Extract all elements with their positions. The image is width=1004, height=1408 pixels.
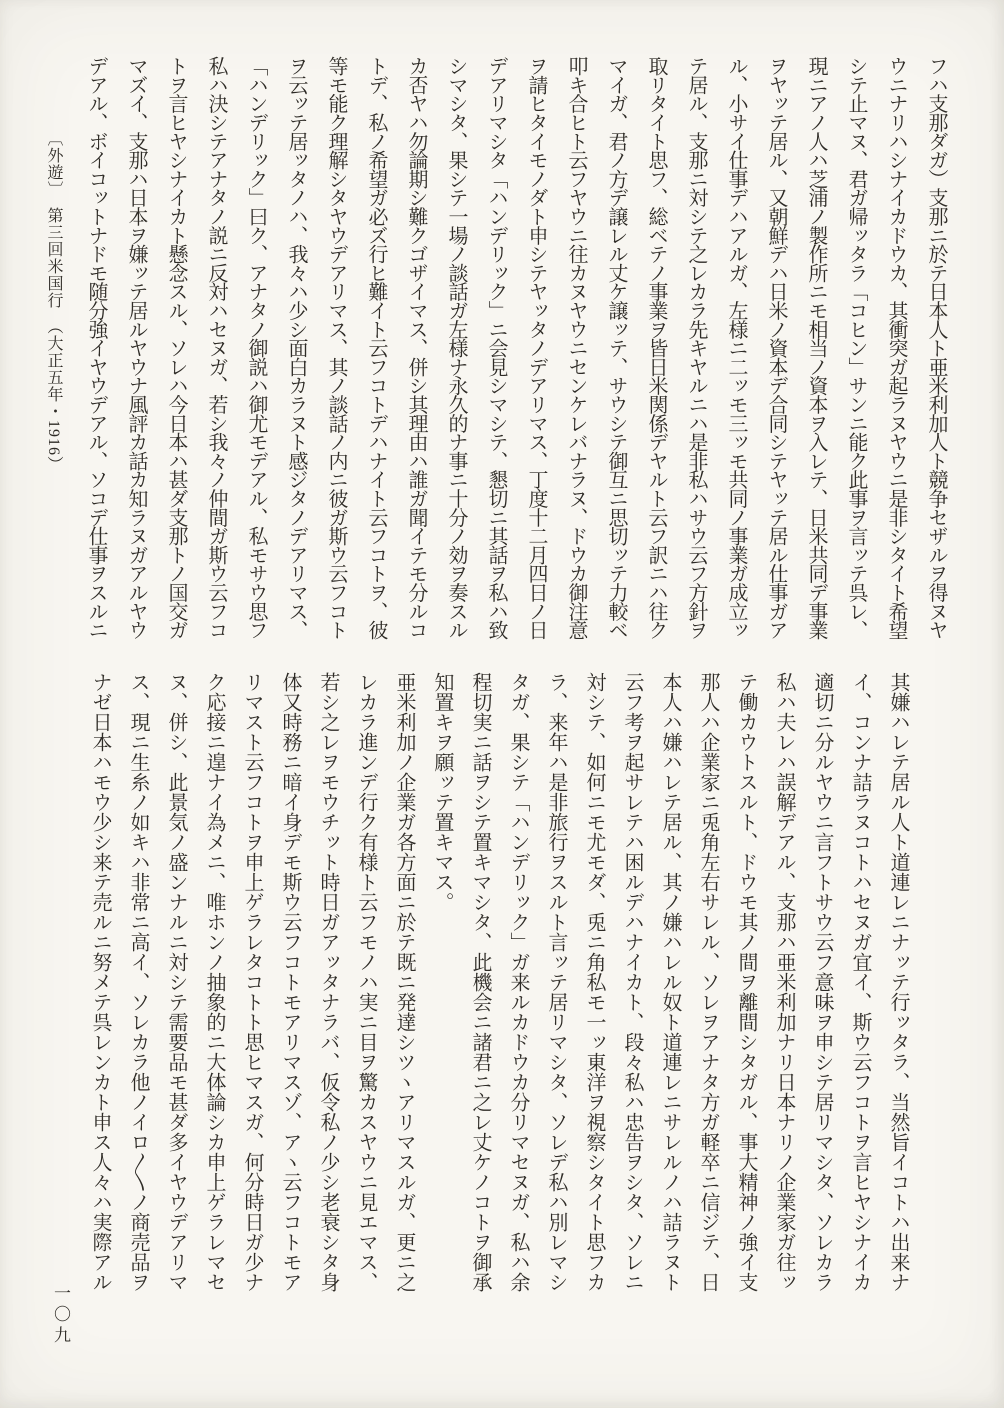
text-column: ウニナリハシナイカドウカ、其衝突ガ起ラヌヤウニ是非シタイト希望 [876, 56, 916, 648]
text-column: 若シ之レヲモウチット時日ガアッタナラバ、仮令私ノ少シ老衰シタ身 [309, 672, 347, 1296]
text-column: 「ハンデリック」曰ク、アナタノ御説ハ御尤モデアル、私モサウ思フ [236, 56, 276, 648]
text-column: フハ支那ダガ）支那ニ於テ日本人ト亜米利加人ト競争セザルヲ得ヌヤ [916, 56, 956, 648]
text-column: 亜米利加ノ企業ガ各方面ニ於テ既ニ発達シツヽアリマスルガ、更ニ之 [385, 672, 423, 1296]
text-column: 本人ハ嫌ハレテ居ル、其ノ嫌ハレル奴ト道連レニサレルノハ詰ラヌト [651, 672, 689, 1296]
text-column: 現ニアノ人ハ芝浦ノ製作所ニモ相当ノ資本ヲ入レテ、日米共同デ事業 [796, 56, 836, 648]
text-column: トヲ言ヒヤシナイカト懸念スル、ソレハ今日本ハ甚ダ支那トノ国交ガ [156, 56, 196, 648]
text-column: イ、コンナ詰ラヌコトハセヌガ宜イ、斯ウ云フコトヲ言ヒヤシナイカ [841, 672, 879, 1296]
text-column: テ働カウトスルト、ドウモ其ノ間ヲ離間シタガル、事大精神ノ強イ支 [727, 672, 765, 1296]
text-column: 叩キ合ヒト云フヤウニ往カヌヤウニセンケレバナラヌ、ドウカ御注意 [556, 56, 596, 648]
text-column: 対シテ、如何ニモ尤モダ、兎ニ角私モ一ッ東洋ヲ視察シタイト思フカ [575, 672, 613, 1296]
text-column: マイガ、君ノ方デ譲レル丈ケ譲ッテ、サウシテ御互ニ思切ッテ力較ベ [596, 56, 636, 648]
text-column: シマシタ、果シテ一場ノ談話ガ左様ナ永久的ナ事ニ十分ノ効ヲ奏スル [436, 56, 476, 648]
text-column: 云フ考ヲ起サレテハ困ルデハナイカト、段々私ハ忠告ヲシタ、ソレニ [613, 672, 651, 1296]
text-column: ナゼ日本ハモウ少シ来テ売ルニ努メテ呉レンカト申ス人々ハ実際アル [81, 672, 119, 1296]
text-column: 等モ能ク理解シタヤウデアリマス、其ノ談話ノ内ニ彼ガ斯ウ云フコト [316, 56, 356, 648]
text-column: デアリマシタ「ハンデリック」ニ会見シマシテ、懇切ニ其話ヲ私ハ致 [476, 56, 516, 648]
text-column: カ否ヤハ勿論期シ難クゴザイマス、併シ其理由ハ誰ガ聞イテモ分ルコ [396, 56, 436, 648]
text-column: デアル、ボイコットナドモ随分強イヤウデアル、ソコデ仕事ヲスルニ [76, 56, 116, 648]
text-column: ス、現ニ生糸ノ如キハ非常ニ高イ、ソレカラ他ノイロ〳〵ノ商売品ヲ [119, 672, 157, 1296]
text-column: ヲ請ヒタイモノダト申シテヤッタノデアリマス、丁度十二月四日ノ日 [516, 56, 556, 648]
text-block-top: フハ支那ダガ）支那ニ於テ日本人ト亜米利加人ト競争セザルヲ得ヌヤウニナリハシナイカ… [76, 56, 956, 648]
text-column: ヲ云ッテ居ッタノハ、我々ハ少シ面白カラヌト感ジタノデアリマス、 [276, 56, 316, 648]
text-column: ク応接ニ遑ナイ為メニ、唯ホンノ抽象的ニ大体論シカ申上ゲラレマセ [195, 672, 233, 1296]
text-column: 知置キヲ願ッテ置キマス。 [423, 672, 461, 1296]
text-column: テ居ル、支那ニ対シテ之レカラ先キヤルニハ是非私ハサウ云フ方針ヲ [676, 56, 716, 648]
text-column: タガ、果シテ「ハンデリック」ガ来ルカドウカ分リマセヌガ、私ハ余 [499, 672, 537, 1296]
running-head: 〔外遊〕 第三回米国行 （大正五年・1916） [42, 130, 65, 490]
text-column: 私ハ夫レハ誤解デアル、支那ハ亜米利加ナリ日本ナリノ企業家ガ往ッ [765, 672, 803, 1296]
text-column: 私ハ決シテアナタノ説ニ反対ハセヌガ、若シ我々ノ仲間ガ斯ウ云フコ [196, 56, 236, 648]
text-column: ラ、来年ハ是非旅行ヲスルト言ッテ居リマシタ、ソレデ私ハ別レマシ [537, 672, 575, 1296]
text-block-bottom: 其嫌ハレテ居ル人ト道連レニナッテ行ッタラ、当然旨イコトハ出来ナイ、コンナ詰ラヌコ… [81, 672, 917, 1296]
text-column: 適切ニ分ルヤウニ言フトサウ云フ意味ヲ申シテ居リマシタ、ソレカラ [803, 672, 841, 1296]
text-column: ル、小サイ仕事デハアルガ、左様ニ二ッモ三ッモ共同ノ事業ガ成立ッ [716, 56, 756, 648]
text-column: 程切実ニ話ヲシテ置キマシタ、此機会ニ諸君ニ之レ丈ケノコトヲ御承 [461, 672, 499, 1296]
page-number: 一〇九 [48, 1284, 73, 1347]
text-column: 体又時務ニ暗イ身デモ斯ウ云フコトモアリマスゾ、アヽ云フコトモア [271, 672, 309, 1296]
text-column: シテ止マヌ、君ガ帰ッタラ「コヒン」サンニ能ク此事ヲ言ッテ呉レ、 [836, 56, 876, 648]
text-column: ヲヤッテ居ル、又朝鮮デハ日米ノ資本デ合同シテヤッテ居ル仕事ガア [756, 56, 796, 648]
text-column: リマスト云フコトヲ申上ゲラレタコトト思ヒマスガ、何分時日ガ少ナ [233, 672, 271, 1296]
text-column: マズイ、支那ハ日本ヲ嫌ッテ居ルヤウナ風評カ話カ知ラヌガアルヤウ [116, 56, 156, 648]
text-column: レカラ進ンデ行ク有様ト云フモノハ実ニ目ヲ驚カスヤウニ見エマス、 [347, 672, 385, 1296]
text-column: ヌ、併シ、此景気ノ盛ンナルニ対シテ需要品モ甚ダ多イヤウデアリマ [157, 672, 195, 1296]
book-page: 〔外遊〕 第三回米国行 （大正五年・1916） フハ支那ダガ）支那ニ於テ日本人ト… [0, 0, 1004, 1408]
text-column: 那人ハ企業家ニ兎角左右サレル、ソレヲアナタ方ガ軽卒ニ信ジテ、日 [689, 672, 727, 1296]
text-column: 其嫌ハレテ居ル人ト道連レニナッテ行ッタラ、当然旨イコトハ出来ナ [879, 672, 917, 1296]
text-column: トデ、私ノ希望ガ必ズ行ヒ難イト云フコトデハナイト云フコトヲ、彼 [356, 56, 396, 648]
text-column: 取リタイト思フ、総ベテノ事業ヲ皆日米関係デヤルト云フ訳ニハ往ク [636, 56, 676, 648]
